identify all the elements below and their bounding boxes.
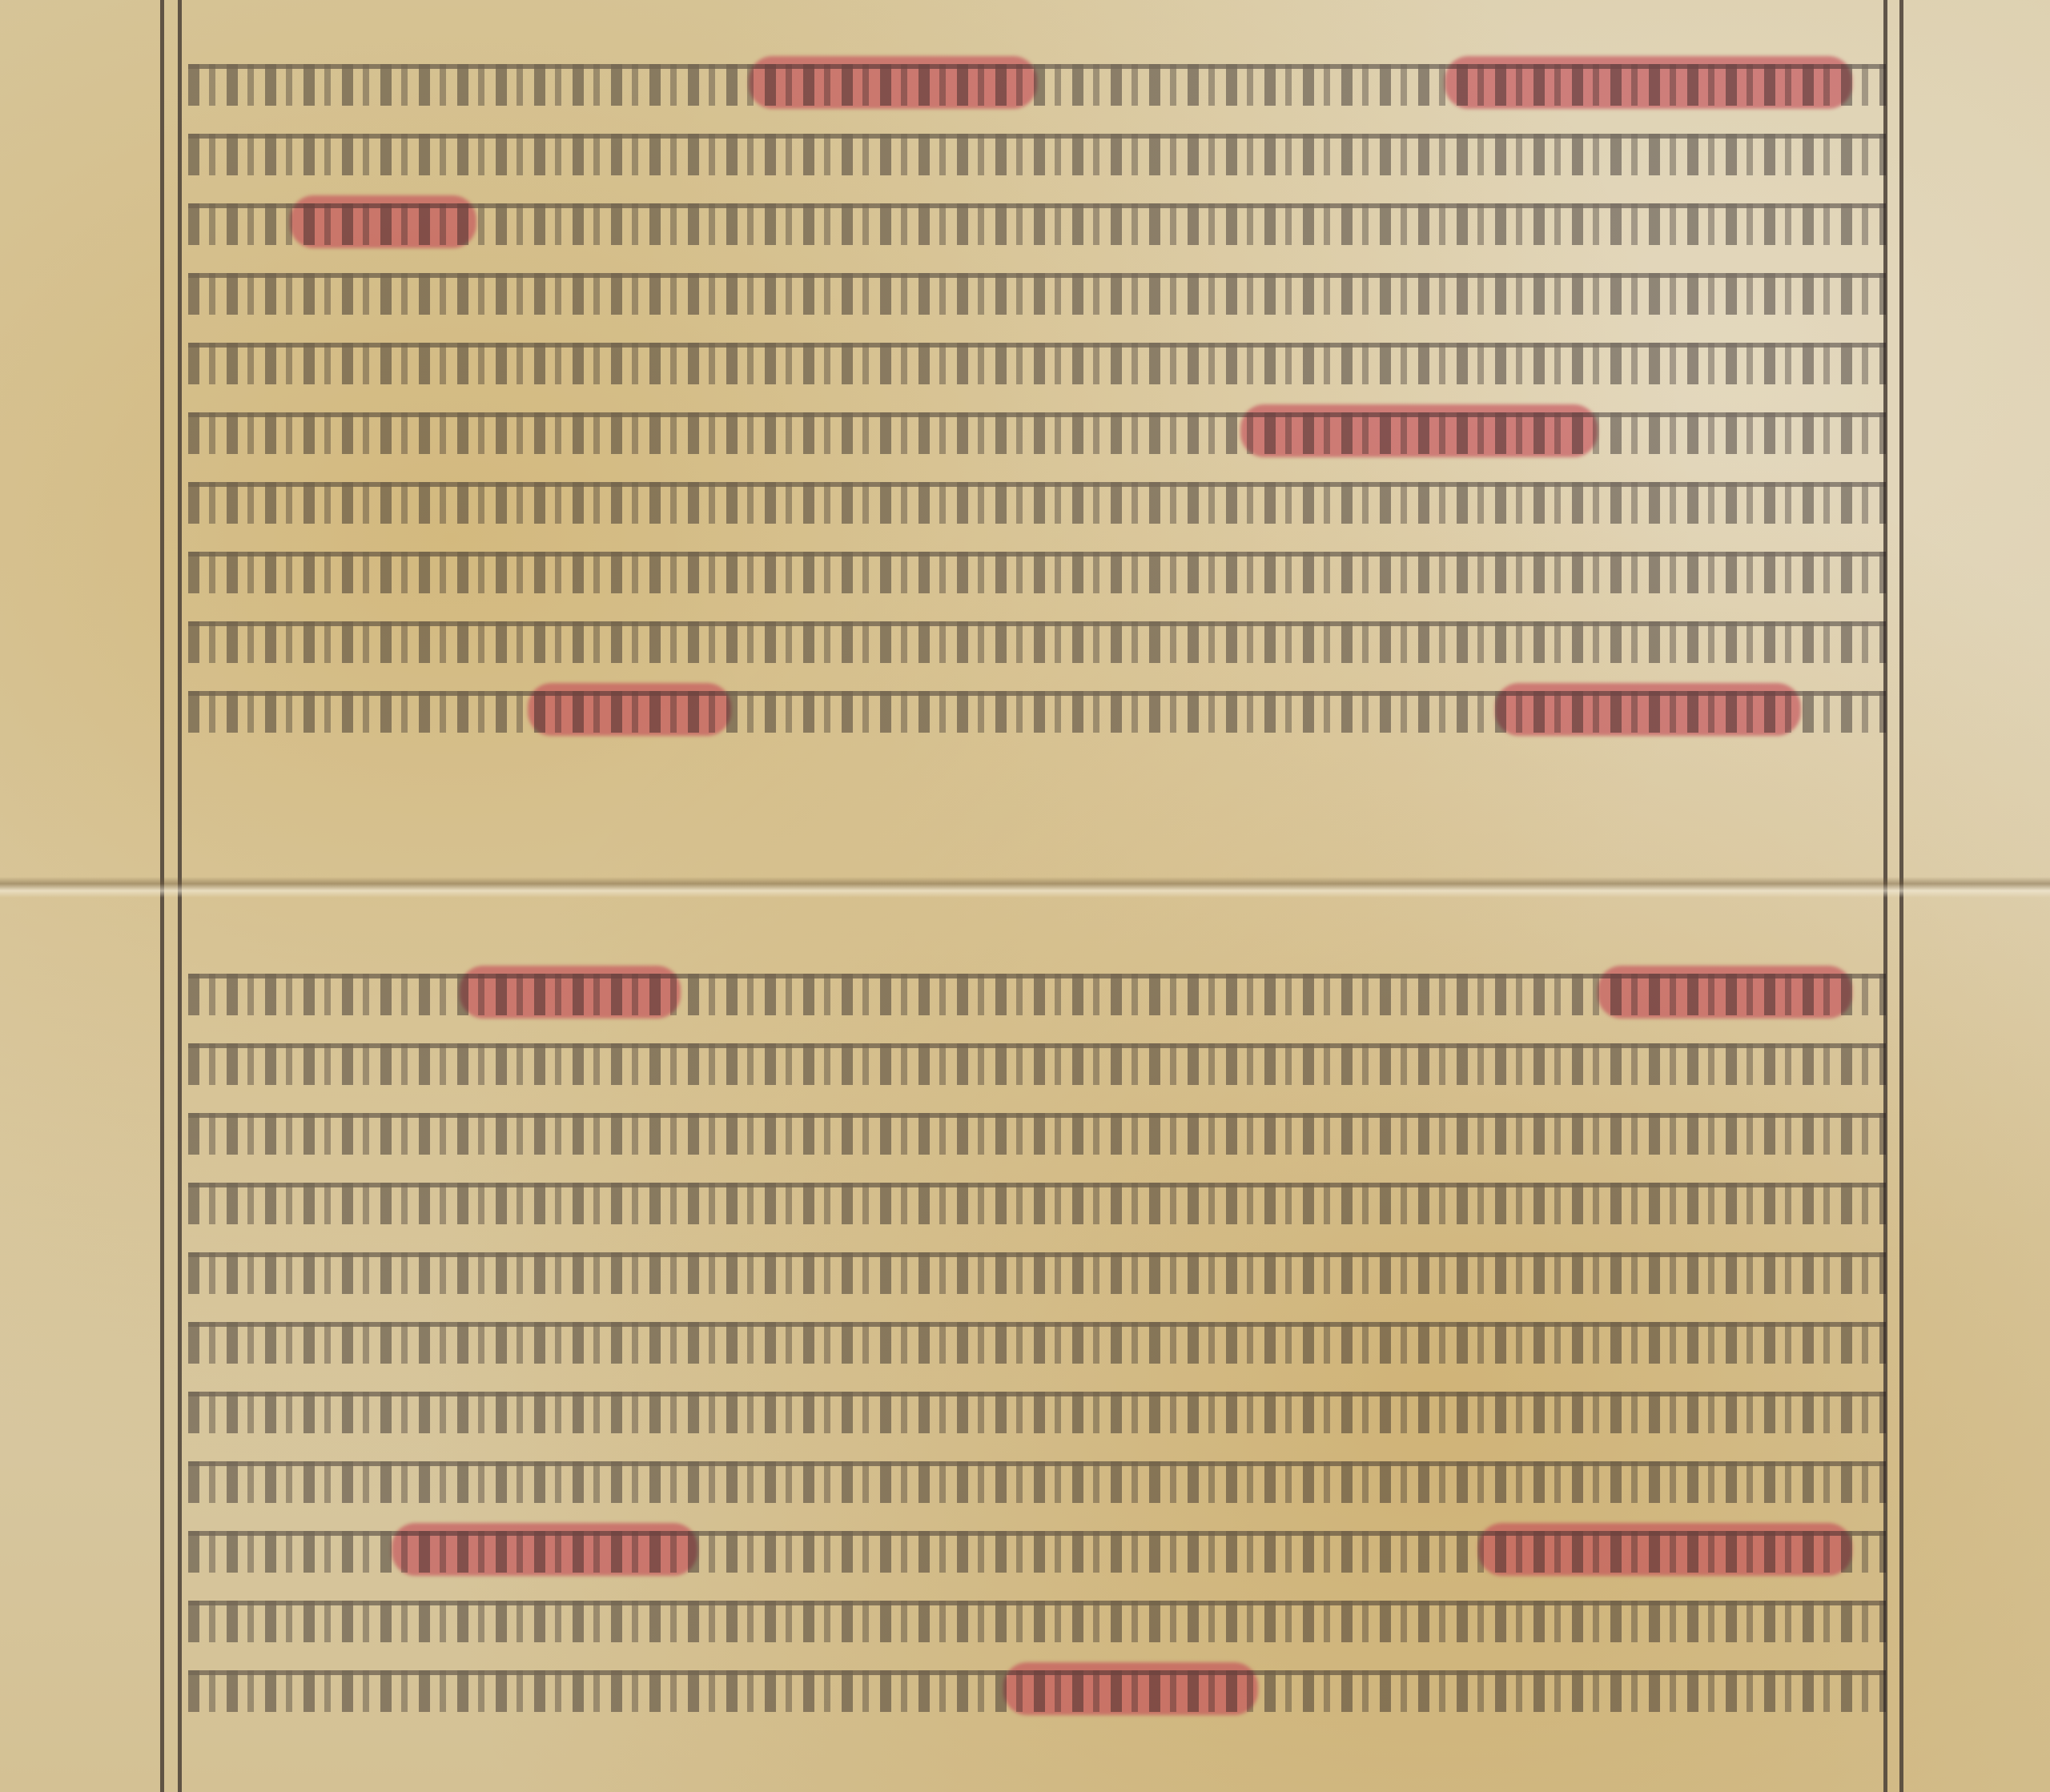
handwritten-ink-strokes — [188, 64, 1886, 106]
handwritten-ink-strokes — [188, 412, 1886, 454]
handwritten-ink-strokes — [188, 134, 1886, 175]
handwritten-ink-strokes — [188, 1322, 1886, 1364]
script-line — [188, 1447, 1886, 1515]
handwritten-ink-strokes — [188, 1670, 1886, 1712]
page-fold-crease — [0, 877, 2050, 898]
handwritten-ink-strokes — [188, 974, 1886, 1015]
script-line — [188, 1308, 1886, 1376]
manuscript-folio: not transcribed — handwriting not reliab… — [0, 0, 2050, 1792]
script-line — [188, 328, 1886, 396]
script-line — [188, 1656, 1886, 1724]
handwritten-ink-strokes — [188, 1043, 1886, 1085]
script-line — [188, 1099, 1886, 1167]
script-line — [188, 1168, 1886, 1236]
handwritten-ink-strokes — [188, 1183, 1886, 1224]
handwritten-ink-strokes — [188, 1392, 1886, 1433]
script-line — [188, 677, 1886, 745]
script-line — [188, 189, 1886, 257]
handwritten-ink-strokes — [188, 691, 1886, 733]
handwritten-ink-strokes — [188, 1461, 1886, 1503]
handwritten-ink-strokes — [188, 1531, 1886, 1573]
handwritten-ink-strokes — [188, 273, 1886, 315]
lower-text-panel — [188, 959, 1886, 1726]
script-line — [188, 1517, 1886, 1585]
handwritten-ink-strokes — [188, 203, 1886, 245]
handwritten-ink-strokes — [188, 1252, 1886, 1294]
script-line — [188, 1377, 1886, 1445]
handwritten-ink-strokes — [188, 1113, 1886, 1155]
script-line — [188, 50, 1886, 118]
script-line — [188, 398, 1886, 466]
handwritten-ink-strokes — [188, 482, 1886, 524]
script-line — [188, 119, 1886, 187]
script-line — [188, 468, 1886, 536]
script-line — [188, 1238, 1886, 1306]
handwritten-ink-strokes — [188, 343, 1886, 384]
script-line — [188, 959, 1886, 1027]
script-line — [188, 607, 1886, 675]
script-line — [188, 1029, 1886, 1097]
handwritten-ink-strokes — [188, 621, 1886, 663]
handwritten-ink-strokes — [188, 552, 1886, 593]
script-line — [188, 537, 1886, 605]
upper-text-panel — [188, 50, 1886, 746]
handwritten-ink-strokes — [188, 1601, 1886, 1642]
script-line — [188, 1586, 1886, 1654]
script-line — [188, 259, 1886, 327]
